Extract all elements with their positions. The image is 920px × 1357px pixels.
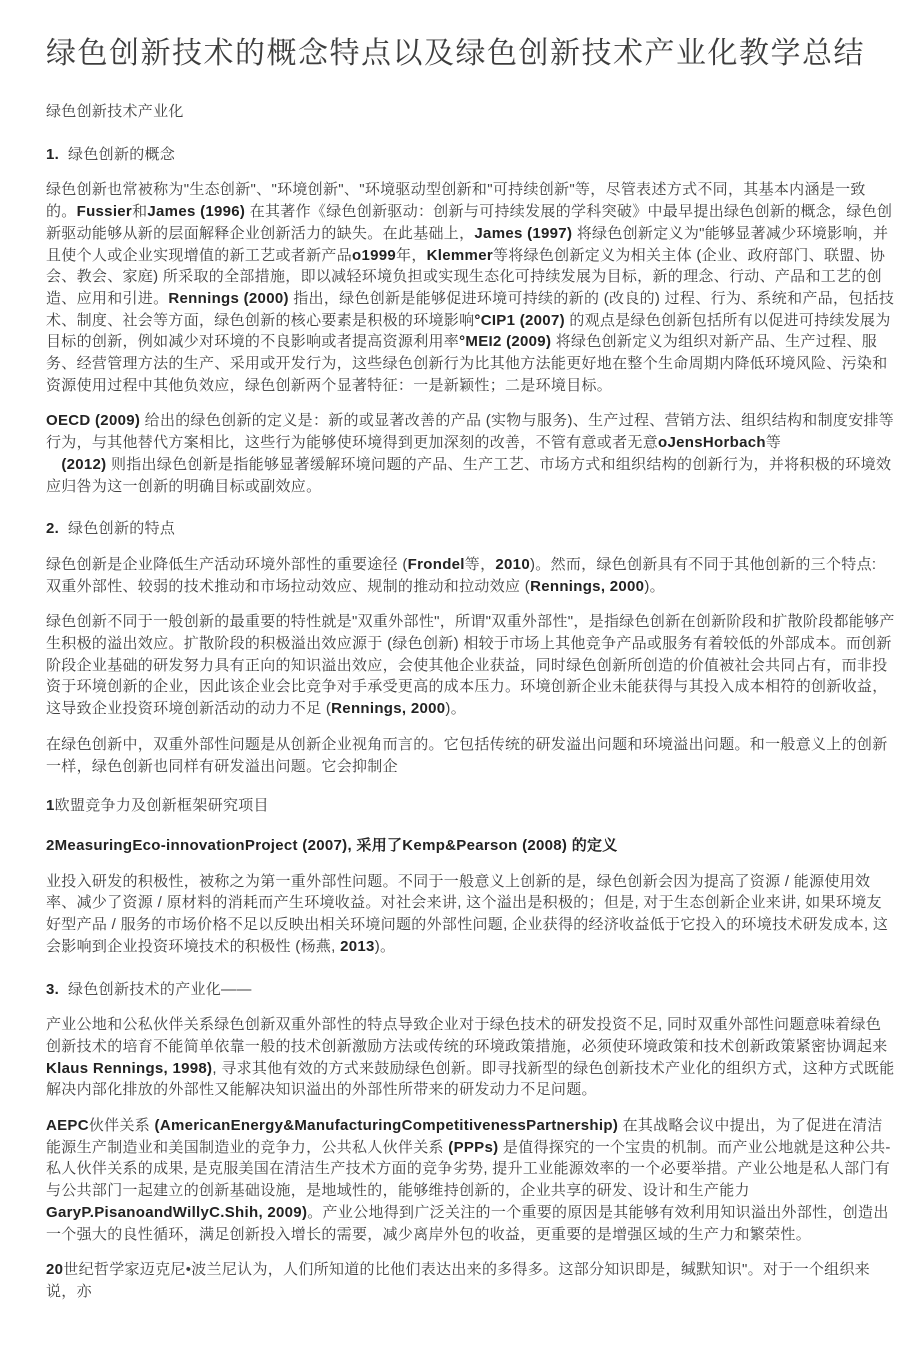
text-run-bold: °CIP1 (2007) bbox=[474, 312, 564, 329]
text-run-bold: Rennings, 2000 bbox=[331, 700, 445, 717]
text-run: 则指出绿色创新是指能够显著缓解环境问题的产品、生产工艺、市场方式和组织结构的创新… bbox=[46, 456, 891, 495]
paragraph-first-externality: 业投入研发的积极性，被称之为第一重外部性问题。不同于一般意义上创新的是，绿色创新… bbox=[46, 871, 896, 958]
text-run-bold: Frondel bbox=[408, 556, 465, 573]
text-run: 等， bbox=[465, 556, 496, 573]
paragraph-aepc-partnership: AEPC伙伴关系 (AmericanEnergy&ManufacturingCo… bbox=[46, 1115, 896, 1245]
text-run: 绿色创新的特点 bbox=[59, 520, 175, 537]
text-run: 年， bbox=[396, 247, 427, 264]
footnote-eu-project: 1欧盟竞争力及创新框架研究项目 bbox=[46, 795, 896, 817]
text-run: )。 bbox=[375, 938, 396, 955]
document-page: 绿色创新技术的概念特点以及绿色创新技术产业化教学总结 绿色创新技术产业化 1. … bbox=[0, 0, 920, 1357]
text-run: 和 bbox=[132, 203, 147, 220]
text-run-bold: James (1996) bbox=[147, 203, 245, 220]
text-run-bold: Klaus Rennings, 1998) bbox=[46, 1060, 212, 1077]
text-run-bold: (2012) bbox=[61, 456, 106, 473]
paragraph-firm-perspective: 在绿色创新中，双重外部性问题是从创新企业视角而言的。它包括传统的研发溢出问题和环… bbox=[46, 734, 896, 777]
text-run: 产业公地和公私伙伴关系绿色创新双重外部性的特点导致企业对于绿色技术的研发投资不足… bbox=[46, 1016, 888, 1055]
text-run-bold: Rennings, 2000 bbox=[530, 578, 644, 595]
text-run-bold: 1. bbox=[46, 146, 59, 163]
text-run: 绿色创新不同于一般创新的最重要的特性就是"双重外部性"，所谓"双重外部性"，是指… bbox=[46, 613, 895, 717]
section-heading-concept: 1. 绿色创新的概念 bbox=[46, 144, 896, 166]
text-run-bold: o1999 bbox=[352, 247, 396, 264]
paragraph-oecd-definition: OECD (2009) 给出的绿色创新的定义是：新的或显著改善的产品 (实物与服… bbox=[46, 410, 896, 497]
section-heading-characteristics: 2. 绿色创新的特点 bbox=[46, 518, 896, 540]
text-run-bold: (AmericanEnergy&ManufacturingCompetitive… bbox=[155, 1117, 619, 1134]
text-run: 绿色创新是企业降低生产活动环境外部性的重要途径 ( bbox=[46, 556, 408, 573]
text-run-bold: Rennings (2000) bbox=[168, 290, 288, 307]
text-run-bold: 2. bbox=[46, 520, 59, 537]
text-run-bold: AEPC bbox=[46, 1117, 89, 1134]
document-title: 绿色创新技术的概念特点以及绿色创新技术产业化教学总结 bbox=[46, 20, 896, 87]
section-heading-industrialization: 3. 绿色创新技术的产业化—— bbox=[46, 979, 896, 1001]
text-run-bold: (PPPs) bbox=[448, 1139, 498, 1156]
text-run-bold: °MEI2 (2009) bbox=[459, 333, 551, 350]
text-run-bold: 2MeasuringEco-innovationProject (2007), … bbox=[46, 837, 618, 854]
text-run-bold: GaryP.PisanoandWillyC.Shih, 2009) bbox=[46, 1204, 307, 1221]
text-run: 伙伴关系 bbox=[89, 1117, 155, 1134]
text-run: 欧盟竞争力及创新框架研究项目 bbox=[55, 797, 269, 814]
text-run-bold: Klemmer bbox=[427, 247, 493, 264]
text-run: )。 bbox=[445, 700, 466, 717]
text-run-bold: 3. bbox=[46, 981, 59, 998]
paragraph-double-externality: 绿色创新不同于一般创新的最重要的特性就是"双重外部性"，所谓"双重外部性"，是指… bbox=[46, 611, 896, 720]
text-run: )。 bbox=[644, 578, 665, 595]
text-run-bold: 20 bbox=[46, 1261, 63, 1278]
text-run-bold: Fussier bbox=[77, 203, 132, 220]
text-run: 世纪哲学家迈克尼•波兰尼认为，人们所知道的比他们表达出来的多得多。这部分知识即是… bbox=[46, 1261, 870, 1300]
text-run-bold: 2010 bbox=[495, 556, 530, 573]
document-subtitle: 绿色创新技术产业化 bbox=[46, 101, 896, 123]
text-run-bold: 2013 bbox=[340, 938, 375, 955]
text-run: 绿色创新技术的概念特点以及绿色创新技术产业化教学总结 bbox=[46, 37, 865, 70]
paragraph-definition-overview: 绿色创新也常被称为"生态创新"、"环境创新"、"环境驱动型创新和"可持续创新"等… bbox=[46, 179, 896, 396]
paragraph-tacit-knowledge: 20世纪哲学家迈克尼•波兰尼认为，人们所知道的比他们表达出来的多得多。这部分知识… bbox=[46, 1259, 896, 1302]
text-run: 在绿色创新中，双重外部性问题是从创新企业视角而言的。它包括传统的研发溢出问题和环… bbox=[46, 736, 888, 775]
paragraph-industrial-commons-need: 产业公地和公私伙伴关系绿色创新双重外部性的特点导致企业对于绿色技术的研发投资不足… bbox=[46, 1014, 896, 1101]
footnote-measuring-eco-innovation: 2MeasuringEco-innovationProject (2007), … bbox=[46, 835, 896, 857]
text-run-bold: James (1997) bbox=[474, 225, 572, 242]
text-run: 绿色创新的概念 bbox=[59, 146, 175, 163]
text-run-bold: 1 bbox=[46, 797, 55, 814]
paragraph-three-characteristics: 绿色创新是企业降低生产活动环境外部性的重要途径 (Frondel等，2010)。… bbox=[46, 554, 896, 597]
text-run: 业投入研发的积极性，被称之为第一重外部性问题。不同于一般意义上创新的是，绿色创新… bbox=[46, 873, 888, 955]
text-run: 绿色创新技术的产业化—— bbox=[59, 981, 252, 998]
text-run-bold: oJensHorbach bbox=[658, 434, 766, 451]
text-run-bold: OECD (2009) bbox=[46, 412, 140, 429]
text-run: 绿色创新技术产业化 bbox=[46, 103, 184, 120]
